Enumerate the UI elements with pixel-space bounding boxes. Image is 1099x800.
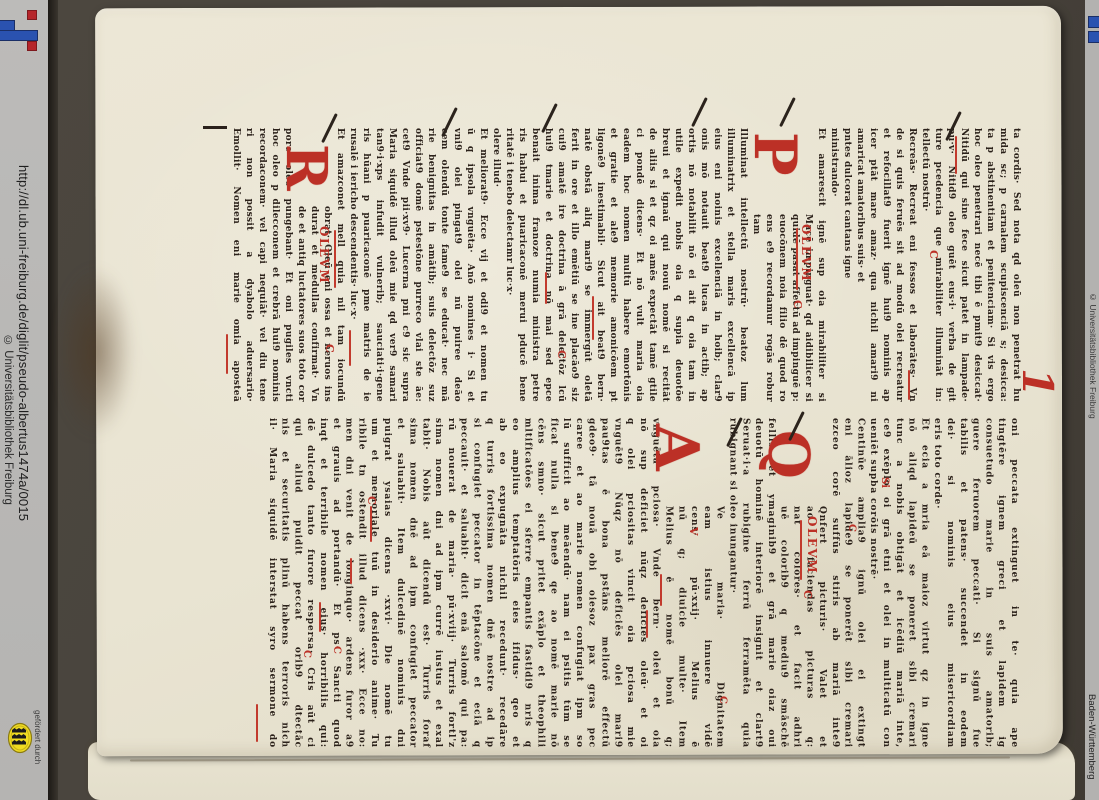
copyright-watermark-left: © Universitätsbibliothek Freiburg [2,335,14,505]
manuscript-text-line: nū q; diuicie multe· Item [674,418,687,748]
manuscript-text-line: lū sufficit ao meāendū· nam ei psitis tū… [559,418,572,748]
manuscript-text-line: ritatē i tenebo delectamr luc·x· [502,128,515,402]
manuscript-text-line: ce9 exēplo oi grā etni et olei in multic… [879,418,892,748]
manuscript-text-line: il· Maria siquidē interstat syro sermone… [265,418,278,748]
manuscript-text-line: ligonē9 inestimabil· Sicut ait beat9 ber… [593,128,606,402]
manuscript-text-line: peccauit· et saluabit· dicit enā salomō … [457,418,470,748]
manuscript-text-line: hoc oleo penetrari necē tibi ē pmit9 des… [970,128,983,402]
manuscript-text-line: pū·v· Nitid9 oleo guēt eus·i· verba de g… [944,128,957,402]
manuscript-column-1: ta cordis· Sed nota qd oleū non penetrat… [210,128,1022,402]
manuscript-text-line: et saluabit· Item dulcedinē nominis dni [393,418,406,748]
manuscript-text-line: pore oleo pungebant· Et oni pugiles vnct… [281,128,294,402]
manuscript-text-line: Emollit· Nomen eni marie omia aposteā [229,128,242,402]
source-url-watermark: http://dl.ub.uni-freiburg.de/diglit/pseu… [16,165,31,521]
manuscript-text-line: et gratie et ale9 memorie amonicōem pt [606,128,619,402]
manuscript-text-line: de et antiq luctatores suos toto cor [294,128,307,402]
manuscript-text-line: fellis et ymaginib9 et grā marie oiaz ou… [764,418,777,748]
manuscript-text-line: eo amplius temptatōris eies ifidus· qeo … [508,418,521,748]
manuscript-text-line: cēns smno· sicut pritet exāplo et theoph… [534,418,547,748]
manuscript-text-line: euocōnem noia filio dē quod ro [775,128,788,402]
manuscript-text-line: breui et ignaū qui nouū nomē si recitāt [658,128,671,402]
manuscript-text-line: Et ecia a mria eā maioz virtut qz in ign… [918,418,931,748]
manuscript-text-line: Ve maria· Dignitatem [713,418,726,748]
manuscript-text-line: ab eo expugnāta nichil recedunt· recedār… [495,418,508,748]
manuscript-text-line: rū nouerat de maria· pū·xviij· Turris fo… [444,418,457,748]
manuscript-text-line: guere feruorem peccati· Si signū fue [969,418,982,748]
manuscript-text-line: vnguēta pciosa· Vnde bern· oleū et oia [649,418,662,748]
manuscript-text-line: dei· si nominis eius misericordiam [943,418,956,748]
manuscript-text-line: ribile tn ostendit illud dicens ·xxx· Ec… [355,418,368,748]
digitized-manuscript-scan: { "sidebar_left": { "url": "http://dl.ub… [0,0,1099,800]
manuscript-text-line: pau9tas ē bona pstāns meliorē effectū [598,418,611,748]
manuscript-text-line: puigrat ysaias dicens ·xxvi· Die nomē tu [380,418,393,748]
manuscript-text-line: utile expedit nobis oia q supia deuotōe [671,128,684,402]
manuscript-text-line: oni peccata extinguet in te· quia ape [1007,418,1020,748]
manuscript-text-line: ortis nō notabilit nō ei ait q oia tam i… [684,128,697,402]
manuscript-text-line: onis mō notauit beat9 lucas in actib; ap [697,128,710,402]
manuscript-text-line: uē colorib9 q mediu9 smāschē [777,418,790,748]
manuscript-column-2: oni peccata extinguet in te· quia apetin… [252,418,1020,748]
region-label: Baden-Württemberg [1086,694,1097,780]
manuscript-text-line: rie benignitas in amātib; suis delectōz … [424,128,437,402]
manuscript-text-line: tan9·i·xps infudit vulnerib; sauciati·i·… [372,128,385,402]
manuscript-text-line: eius eni noinis excellenciā in hoib; cla… [710,128,723,402]
manuscript-text-line: benait inima franoze numia ministra petr… [528,128,541,402]
manuscript-text-line: hui9 tmarie et doctrina nō mai sed epce [541,128,554,402]
manuscript-text-line: tunc a nobis obtigāt et icēdiū mariā int… [892,418,905,748]
manuscript-text-line: obrat· Oleū eni ossa et neruos ins [320,128,333,402]
manuscript-text-line: tingtēre ignem greci et lapidem ig [994,418,1007,748]
manuscript-text-line: cui9 amatē ire doctrina ā grā delectōz l… [554,128,567,402]
manuscript-text-line: inqt et terribile nomen eius· horribilis… [316,418,329,748]
manuscript-text-line: ens e9 recordamur rogās robur tam [749,128,775,402]
manuscript-text-line: de aliis si et qz oi amēs expectāt tamē … [645,128,658,402]
manuscript-text-line: Maria siquidē illud oleū mie qd ver9 sam… [385,128,398,402]
manuscript-text-line: mida sc; p carnalem scupiscenciā s; desi… [996,128,1009,402]
manuscript-text-line: eadem hoc nomen multū habere emortōnis [619,128,632,402]
manuscript-text-line: Seruat·i·a rubigine ferrū ferramēta quia [738,418,751,748]
manuscript-text-line: de si quis feruēs sit ad modū olei recre… [892,128,905,402]
registration-mark-red [27,41,37,51]
manuscript-text-line: ture pcedencia que mirabiliter illumināt… [931,128,944,402]
manuscript-text-line: si confugiet peccator in tēptacōne et ec… [470,418,483,748]
manuscript-text-line: caree et ao marie nomen confugiat ipm so [572,418,585,748]
manuscript-text-line: sima nomen dni ad ipm currē iustus et ex… [431,418,444,748]
manuscript-text-line: Illuminat intellectū nostrū· beatoz lum [736,128,749,402]
registration-mark-blue [1088,16,1099,28]
manuscript-text-line: pntes dulcorat cantans igne [840,128,853,402]
registration-mark-blue [0,30,38,41]
copyright-watermark-right: © Universitätsbibliothek Freiburg [1088,292,1098,419]
manuscript-text-line: durat et medullas confirmat· Vn [307,128,320,402]
manuscript-text-line: Macē impinguat· qd aidibilicer si [801,128,814,402]
manuscript-text-line: recordaconem· vel capi nequiāt· vel diu … [255,128,268,402]
manuscript-text-line: mltificatōes ei sferre empantis fastidi9… [521,418,534,748]
manuscript-text-line: rusalē i iericho descendentis· luc·x· [346,128,359,402]
manuscript-text-line: eni ālioz lapide9 se ponerēt sibi cremar… [841,418,854,748]
manuscript-text-line: quidē pasat affectū ad impinguē p: [788,128,801,402]
manuscript-text-line: natē obstā aliq mari9 se immergūt oletā [580,128,593,402]
manuscript-text-line: ficat nulla si bene9 qe ao nomē marie nō [547,418,560,748]
manuscript-text-line: nō sup deficiet nūqz deficiēs oleū· et o… [636,418,649,748]
manuscript-text-line: illuminatrix et stella maris excellencā … [723,128,736,402]
manuscript-text-line: tabit· Nobis aūt dicendū est· Turris for… [419,418,432,748]
manuscript-text-line: consuetudo marie in suis amatorib; [982,418,995,748]
manuscript-text-line: et refocillat9 fuerit ignē hui9 nominis … [879,128,892,402]
manuscript-text-line: tabilis et patens· succendet in eodem [956,418,969,748]
manuscript-text-line: ezceo corē suffūs stiris ab mariā inte9 [828,418,841,748]
manuscript-text-line: cet9 Vnde pii·xv9· Lucerna pni c9 sic su… [398,128,411,402]
manuscript-text-line: vnguēt9 Nūqz nō deficiēs olei mari9 [611,418,624,748]
manuscript-text-line: Et amazconet mell quia nil tam iocundū [333,128,346,402]
manuscript-text-line: nat colores· et facit adhri [790,418,803,748]
manuscript-text-line: cem olendū tonte fame9 se educat· nec mā [437,128,450,402]
manuscript-text-line: tellectū nostrū· [918,128,931,402]
manuscript-text-line: ferit in ore et illo emētiū se ine placā… [567,128,580,402]
manuscript-text-line: eris toto corde· [930,418,943,748]
manuscript-text-line: ci pondē dicens· Et nō vult maria oia [632,128,645,402]
manuscript-text-line: Et amarescit ignē sup oia mirabiliter si [814,128,827,402]
manuscript-text-line: ta p abstinentiam et penitenciam· Si vis… [983,128,996,402]
manuscript-text-line: qui aliud puidit peccat orib9 dtectāc [291,418,304,748]
manuscript-text-line: ta cordis· Sed nota qd oleū non penetrat… [1009,128,1022,402]
funding-label: gefördert durch [33,710,42,764]
manuscript-text-line: Centinūe amplia9 ignū olei ei extingt [854,418,867,748]
manuscript-text-line: vni9 olei pingat9 olei nū puiree deāo [450,128,463,402]
manuscript-text-line: sima nomen dnē ad ipm confugiet peccator [406,418,419,748]
manuscript-text-line: olere illud· [489,128,502,402]
manuscript-text-line: nis et securitatis plinū habens terroris… [278,418,291,748]
manuscript-text-line: q olei pciositas vincit oia pciosa mie [623,418,636,748]
manuscript-text-line: ū q ipsola vnguēta· Anō nomines i· Si et [463,128,476,402]
manuscript-text-line: gdeo9· tā nouā obi oiesoz pax gras pec [585,418,598,748]
manuscript-text-line: men dni venit de longinquo· ardens furor… [342,418,355,748]
manuscript-text-line: Nitidū qui sine fece sicut patet in lamp… [957,128,970,402]
manuscript-text-line: hoc oleo p dilecconem et crebrā hui9 nom… [268,128,281,402]
manuscript-text-line: ao faciendas picturas q: [802,418,815,748]
page-edge-shadow-smudge [56,266,134,438]
manuscript-text-line: icer ptāt mare amaz· qua nichil amari9 n… [866,128,879,402]
manuscript-text-line: deuotū hominē interiorē insignit et clar… [751,418,764,748]
manuscript-text-line: Melius ē nomē bonū q; [662,418,675,748]
registration-mark-blue [1088,31,1099,43]
manuscript-text-line: et grauis ad portandū· Et ps· Sancti quo… [329,418,342,748]
manuscript-text-line: q turris fortissima nomen dnē nostre ad … [483,418,496,748]
manuscript-text-line: ueniēt supba corōis nostrē· [866,418,879,748]
manuscript-text-line: rubignant si oleo inungantur· [726,418,739,748]
manuscript-text-line: ri non possit a dyabolo aduersario· [242,128,255,402]
manuscript-text-line: eam istius innuere vidē [700,418,713,748]
manuscript-text-line: dē dulcedo tanto furore respersa· Cris a… [303,418,316,748]
baden-wuerttemberg-emblem-icon [7,722,33,759]
manuscript-text-line: amaricat amatoribus suis· et [853,128,866,402]
manuscript-text-line: nō aliqd lapideū se poneret sibi cremari [905,418,918,748]
manuscript-text-line: um et memoriale tuū in desiderio anime· … [367,418,380,748]
manuscript-text-line: officiat9 domē pstestōne purreco vlai st… [411,128,424,402]
manuscript-text-line: Et meliorat9· Ecce vij et odi9 et nomen … [476,128,489,402]
manuscript-text-line: Recreās· Recreat eni fessos et laborātes… [905,128,918,402]
manuscript-text-line: ris habui et puaricaconē merui pducē ben… [515,128,528,402]
manuscript-text-line: ris hūani p puaricaconē pme matris de ie [359,128,372,402]
manuscript-text-line: cens· pū·xxij· Melius ē [687,418,700,748]
registration-mark-red [27,10,37,20]
manuscript-text-line: Qnfert picturis· Valet et [815,418,828,748]
manuscript-text-line: ministrando· [827,128,840,402]
